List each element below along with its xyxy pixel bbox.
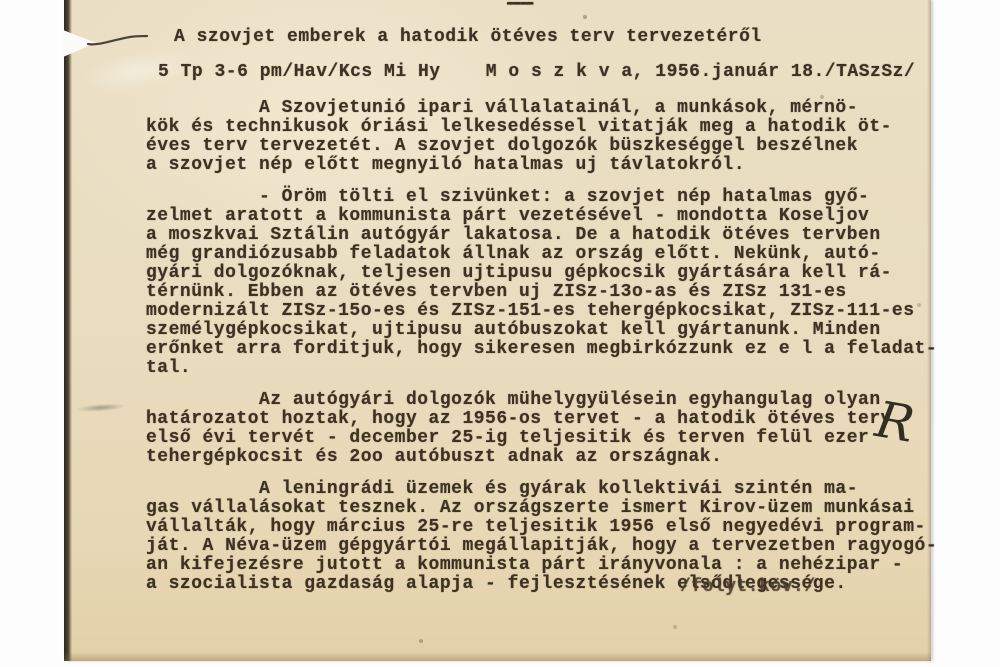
paragraph: - Öröm tölti el szivünket: a szovjet nép… [146,188,919,378]
text-line: határozatot hoztak, hogy az 1956-os terv… [146,410,919,429]
text-line: A Szovjetunió ipari vállalatainál, a mun… [146,99,919,118]
text-line: zelmet aratott a kommunista párt vezetés… [146,207,919,226]
text-line: térnünk. Ebben az ötéves tervben uj ZISz… [146,283,919,302]
pen-mark-icon [86,32,150,50]
text-line: gyári dolgozóknak, teljesen ujtipusu gép… [146,264,919,283]
text-line: a szovjet nép előtt megnyiló hatalmas uj… [146,156,919,175]
paragraph: A Szovjetunió ipari vállalatainál, a mun… [146,99,919,175]
doc-body: A Szovjetunió ipari vállalatainál, a mun… [146,99,919,607]
text-line: ját. A Néva-üzem gépgyártói megállapitjá… [146,537,919,556]
text-line: tal. [146,359,919,378]
text-line: személygépkocsikat, ujtipusu autóbuszoka… [146,321,919,340]
text-line: vállalták, hogy március 25-re teljesitik… [146,518,919,537]
text-line: erőnket arra forditjuk, hogy sikeresen m… [146,340,919,359]
doc-dateline: 5 Tp 3-6 pm/Hav/Kcs Mi Hy M o s z k v a,… [158,62,915,82]
page-background: { "doc": { "separator": "▬▬▬▬", "title":… [0,0,1000,667]
paper-right-edge [927,0,931,661]
text-line: éves terv tervezetét. A szovjet dolgozók… [146,137,919,156]
text-line: tehergépkocsit és 2oo autóbuszt adnak az… [146,448,919,467]
crease-smudge [78,400,145,415]
text-line: kök és technikusok óriási lelkesedéssel … [146,118,919,137]
text-line: modernizált ZISz-15o-es és ZISz-151-es t… [146,302,919,321]
paper-specks [64,0,66,2]
doc-title: A szovjet emberek a hatodik ötéves terv … [174,27,762,47]
text-line: első évi tervét - december 25-ig teljesi… [146,429,919,448]
text-line: még grandiózusabb feladatok állnak az or… [146,245,919,264]
document-paper: ▬▬▬▬ A szovjet emberek a hatodik ötéves … [64,0,931,661]
text-line: an kifejezésre jutott a kommunista párt … [146,556,919,575]
paper-bottom-shade [64,652,931,661]
paper-left-edge [64,0,72,661]
text-line: gas vállalásokat tesznek. Az országszert… [146,499,919,518]
paragraph: Az autógyári dolgozók mühelygyülésein eg… [146,391,919,467]
separator-marks: ▬▬▬▬ [507,0,533,9]
text-line: - Öröm tölti el szivünket: a szovjet nép… [146,188,919,207]
text-line: A leningrádi üzemek és gyárak kollektivá… [146,480,919,499]
text-line: Az autógyári dolgozók mühelygyülésein eg… [146,391,919,410]
text-line: a moszkvai Sztálin autógyár lakatosa. De… [146,226,919,245]
closing-note: /folyt.köv./ [680,577,816,597]
